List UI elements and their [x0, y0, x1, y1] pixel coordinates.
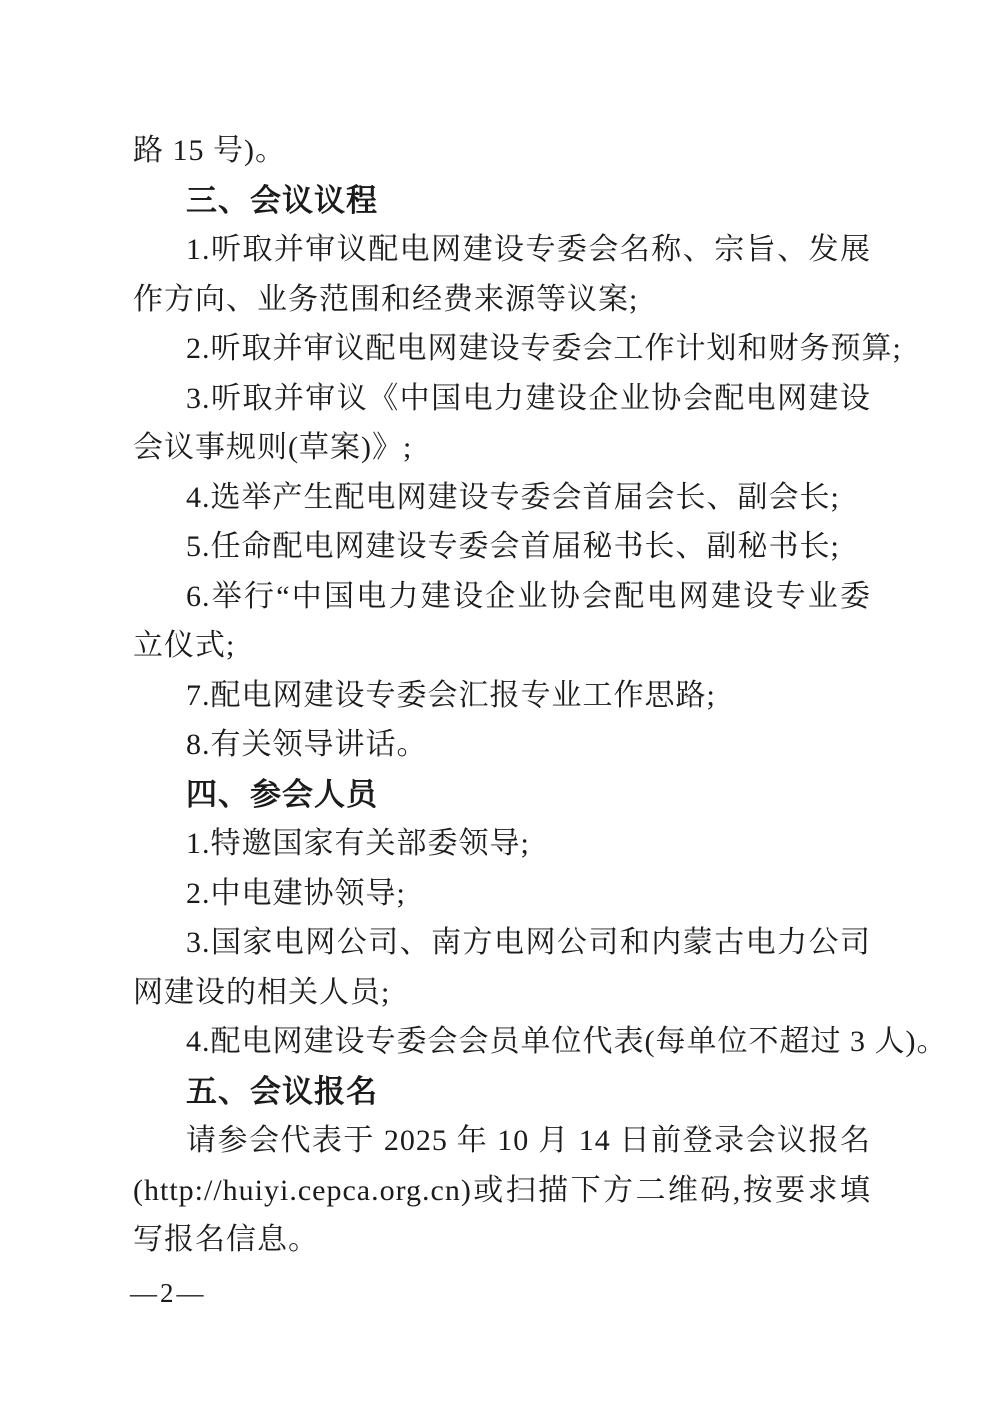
- registration-text-line-1: 请参会代表于 2025 年 10 月 14 日前登录会议报名系统: [133, 1116, 871, 1166]
- section-heading-attendees: 四、参会人员: [133, 770, 871, 820]
- agenda-item-3-continuation: 会议事规则(草案)》;: [133, 423, 871, 473]
- agenda-item-7: 7.配电网建设专委会汇报专业工作思路;: [133, 671, 871, 721]
- attendee-item-1: 1.特邀国家有关部委领导;: [133, 819, 871, 869]
- registration-text-line-2-url: (http://huiyi.cepca.org.cn)或扫描下方二维码,按要求填: [133, 1166, 871, 1216]
- registration-text-line-3: 写报名信息。: [133, 1215, 871, 1265]
- section-heading-agenda: 三、会议议程: [133, 176, 871, 226]
- agenda-item-3: 3.听取并审议《中国电力建设企业协会配电网建设专业委员: [133, 374, 871, 424]
- attendee-item-3: 3.国家电网公司、南方电网公司和内蒙古电力公司负责配电: [133, 918, 871, 968]
- attendee-item-3-continuation: 网建设的相关人员;: [133, 968, 871, 1018]
- attendee-item-4: 4.配电网建设专委会会员单位代表(每单位不超过 3 人)。: [133, 1017, 871, 1067]
- page-number: —2—: [130, 1278, 207, 1309]
- agenda-item-8: 8.有关领导讲话。: [133, 720, 871, 770]
- agenda-item-6: 6.举行“中国电力建设企业协会配电网建设专业委员会”成: [133, 572, 871, 622]
- document-page: 路 15 号)。 三、会议议程 1.听取并审议配电网建设专委会名称、宗旨、发展定…: [0, 0, 992, 1403]
- agenda-item-2: 2.听取并审议配电网建设专委会工作计划和财务预算;: [133, 324, 871, 374]
- agenda-item-1: 1.听取并审议配电网建设专委会名称、宗旨、发展定位、工: [133, 225, 871, 275]
- agenda-item-5: 5.任命配电网建设专委会首届秘书长、副秘书长;: [133, 522, 871, 572]
- section-heading-registration: 五、会议报名: [133, 1067, 871, 1117]
- document-body: 路 15 号)。 三、会议议程 1.听取并审议配电网建设专委会名称、宗旨、发展定…: [133, 126, 871, 1265]
- agenda-item-1-continuation: 作方向、业务范围和经费来源等议案;: [133, 275, 871, 325]
- agenda-item-6-continuation: 立仪式;: [133, 621, 871, 671]
- body-line-continuation: 路 15 号)。: [133, 126, 871, 176]
- agenda-item-4: 4.选举产生配电网建设专委会首届会长、副会长;: [133, 473, 871, 523]
- attendee-item-2: 2.中电建协领导;: [133, 869, 871, 919]
